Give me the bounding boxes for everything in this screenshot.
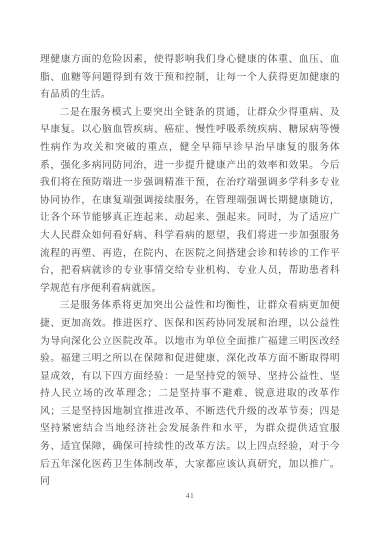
paragraph-continuation: 理健康方面的危险因素，使得影响我们身心健康的体重、血压、血脂、血糖等问题得到有效… bbox=[40, 51, 340, 104]
paragraph-point-three: 三是服务体系将更加突出公益性和均衡性，让群众看病更加便捷、更加高效。推进医疗、医… bbox=[40, 297, 340, 491]
document-body: 理健康方面的危险因素，使得影响我们身心健康的体重、血压、血脂、血糖等问题得到有效… bbox=[40, 51, 340, 491]
paragraph-point-two: 二是在服务模式上要突出全链条的贯通，让群众少得重病、及早康复。以心脑血管疾病、癌… bbox=[40, 104, 340, 298]
document-page: 理健康方面的危险因素，使得影响我们身心健康的体重、血压、血脂、血糖等问题得到有效… bbox=[0, 0, 380, 537]
page-number: 41 bbox=[0, 491, 380, 500]
